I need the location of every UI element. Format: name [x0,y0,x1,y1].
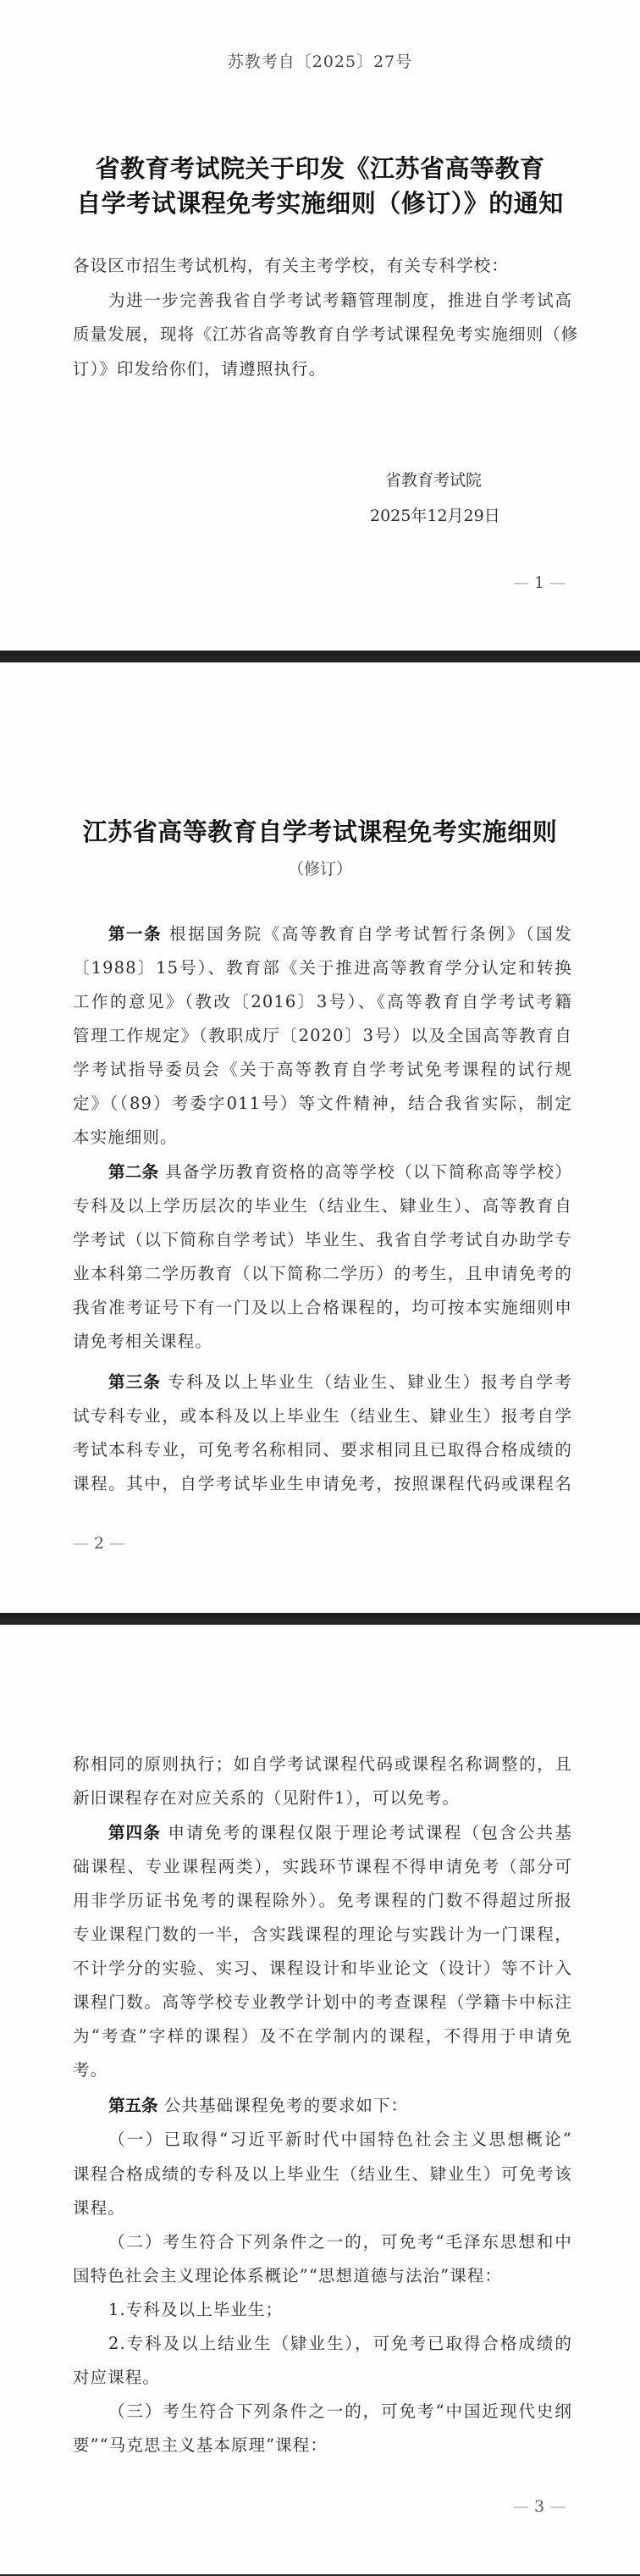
article-1-line: 工作的意见》（教改〔2016〕3号）、《高等教育自学考试考籍 [73,992,572,1012]
rules-subtitle: （修订） [0,856,640,879]
article-4-line: 用非学历证书免考的课程除外）。免考课程的门数不得超过所报 [73,1891,572,1911]
page-number-dash: — [549,573,566,592]
article-3-label: 第三条 [108,1372,161,1392]
page-number-1: — 1 — [513,573,566,592]
article-5-item-3-line: 要”“马克思主义基本原理”课程： [73,2435,572,2456]
article-3-line: 试专科专业，或本科及以上毕业生（结业生、肄业生）报考自学 [73,1406,572,1426]
page-2: 江苏省高等教育自学考试课程免考实施细则 （修订） 第一条 根据国务院《高等教育自… [0,662,640,1613]
document-number: 苏教考自〔2025〕27号 [0,49,640,72]
page-number-dash: — [513,2497,529,2516]
article-5-label: 第五条 [108,2096,158,2115]
page-number-3: — 3 — [513,2497,566,2516]
issuer-signature: 省教育考试院 [385,468,482,490]
page-number-dash: — [549,2497,566,2516]
salutation: 各设区市招生考试机构，有关主考学校，有关专科学校： [73,256,572,276]
issue-date: 2025年12月29日 [370,503,500,526]
article-2-line: 学考试（以下简称自学考试）毕业生、我省自学考试自办助学专 [73,1230,572,1250]
page-3: 称相同的原则执行；如自学考试课程代码或课程名称调整的，且 新旧课程存在对应关系的… [0,1625,640,2574]
page-number-2: — 2 — [73,1534,125,1553]
notice-title-line-1: 省教育考试院关于印发《江苏省高等教育 [0,150,640,185]
article-4-line: 课程门数。高等学校专业教学计划中的考查课程（学籍卡中标注 [73,1992,572,2013]
page-number-value: 3 [534,2497,544,2516]
article-4-line: 第四条 申请免考的课程仅限于理论考试课程（包含公共基 [108,1823,572,1843]
article-3-line: 第三条 专科及以上毕业生（结业生、肄业生）报考自学考 [108,1372,572,1393]
article-4-line: 不计学分的实验、实习、课程设计和毕业论文（设计）等不计入 [73,1958,572,1979]
article-1-line: 第一条 根据国务院《高等教育自学考试暂行条例》（国发 [108,924,572,945]
article-3-line: 考试本科专业，可免考名称相同、要求相同且已取得合格成绩的 [73,1440,572,1460]
article-5-item-2-line: 国特色社会主义理论体系概论”“思想道德与法治”课程： [73,2266,572,2286]
article-1-line: 〔1988〕15号）、教育部《关于推进高等教育学分认定和转换 [73,958,572,978]
article-3-continuation-line: 新旧课程存在对应关系的（见附件1），可以免考。 [73,1788,572,1809]
page-number-value: 1 [534,573,544,592]
article-4-line: 础课程、专业课程两类），实践环节课程不得申请免考（部分可 [73,1857,572,1877]
article-3-continuation-line: 称相同的原则执行；如自学考试课程代码或课程名称调整的，且 [73,1754,572,1775]
article-1-label: 第一条 [108,924,162,944]
rules-title: 江苏省高等教育自学考试课程免考实施细则 [0,813,640,848]
article-4-line: 考。 [73,2060,572,2080]
article-4-line: 为“考查”字样的课程）及不在学制内的课程，不得用于申请免 [73,2026,572,2047]
article-4-line: 专业课程门数的一半，含实践课程的理论与实践计为一门课程， [73,1925,572,1945]
page-number-value: 2 [94,1534,104,1553]
article-1-line: 定》（（89）考委字011号）等文件精神，结合我省实际，制定 [73,1094,572,1114]
page-number-dash: — [109,1534,125,1553]
article-5-item-2-sub-2-line: 对应课程。 [73,2368,572,2388]
article-2-label: 第二条 [108,1162,158,1182]
article-5-line: 第五条 公共基础课程免考的要求如下： [108,2096,572,2116]
article-2-line: 业本科第二学历教育（以下简称二学历）的考生，且申请免考的 [73,1264,572,1284]
page-number-dash: — [513,573,529,592]
article-1-line: 管理工作规定》（教职成厅〔2020〕3号）以及全国高等教育自 [73,1026,572,1046]
article-1-line: 本实施细则。 [73,1127,572,1148]
article-5-item-2-sub-2-line: 2.专科及以上结业生（肄业生），可免考已取得合格成绩的 [108,2334,572,2354]
page-1: 苏教考自〔2025〕27号 省教育考试院关于印发《江苏省高等教育 自学考试课程免… [0,0,640,651]
article-5-item-3-line: （三）考生符合下列条件之一的，可免考“中国近现代史纲 [108,2401,572,2422]
article-2-line: 第二条 具备学历教育资格的高等学校（以下简称高等学校） [108,1162,572,1183]
article-2-line: 我省准考证号下有一门及以上合格课程的，均可按本实施细则申 [73,1298,572,1318]
article-5-item-1-line: 课程。 [73,2198,572,2219]
article-2-line: 专科及以上学历层次的毕业生（结业生、肄业生）、高等教育自 [73,1196,572,1216]
page-separator [0,1613,640,1625]
page-number-dash: — [73,1534,89,1553]
article-5-item-2-sub-1: 1.专科及以上毕业生； [108,2300,572,2320]
article-5-item-1-line: （一）已取得“习近平新时代中国特色社会主义思想概论” [108,2130,572,2150]
page-separator [0,651,640,662]
notice-body-line: 订）》印发给你们，请遵照执行。 [73,359,572,379]
article-3-line: 课程。其中，自学考试毕业生申请免考，按照课程代码或课程名 [73,1474,572,1494]
article-4-label: 第四条 [108,1823,161,1842]
article-1-line: 学考试指导委员会《关于高等教育自学考试免考课程的试行规 [73,1060,572,1080]
article-5-item-1-line: 课程合格成绩的专科及以上毕业生（结业生、肄业生）可免考该 [73,2164,572,2185]
notice-title-line-2: 自学考试课程免考实施细则（修订）》的通知 [0,185,640,219]
article-5-item-2-line: （二）考生符合下列条件之一的，可免考“毛泽东思想和中 [108,2232,572,2252]
notice-body-line: 为进一步完善我省自学考试考籍管理制度，推进自学考试高 [108,291,572,311]
notice-body-line: 质量发展，现将《江苏省高等教育自学考试课程免考实施细则（修 [73,324,572,345]
article-2-line: 请免考相关课程。 [73,1332,572,1352]
